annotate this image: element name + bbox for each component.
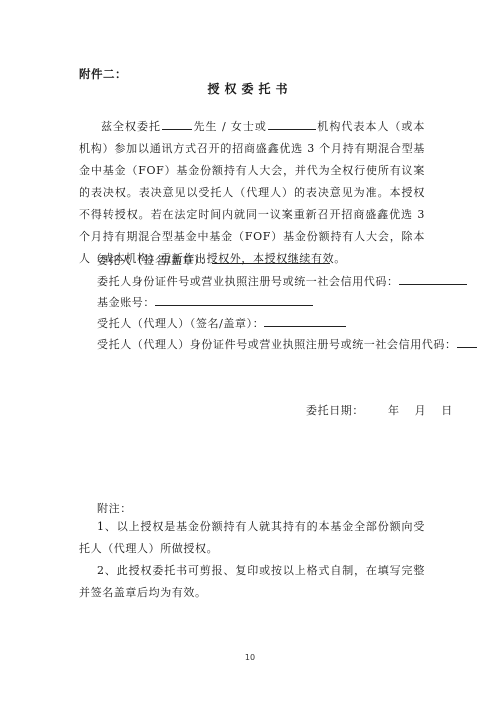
- institution-name-blank[interactable]: [268, 119, 316, 130]
- agent-id-blank[interactable]: [457, 336, 477, 348]
- field-label: 受托人（代理人）身份证件号或营业执照注册号或统一社会信用代码：: [97, 338, 457, 351]
- page-number: 10: [0, 653, 500, 662]
- field-principal-id: 委托人身份证件号或营业执照注册号或统一社会信用代码：: [97, 273, 467, 289]
- fund-account-blank[interactable]: [155, 294, 313, 306]
- body-suffix: 机构代表本人（或本机构）参加以通讯方式召开的招商盛鑫优选 3 个月持有期混合型基…: [79, 120, 425, 265]
- principal-signature-blank[interactable]: [212, 252, 330, 264]
- year-label: 年: [388, 404, 400, 417]
- body-prefix: 兹全权委托: [101, 120, 161, 133]
- notes-title: 附注：: [97, 500, 132, 516]
- body-mid: 先生 / 女士或: [193, 120, 267, 133]
- principal-name-blank[interactable]: [162, 119, 192, 130]
- date-label: 委托日期：: [306, 404, 364, 417]
- field-label: 委托人（签名/盖章）：: [97, 254, 212, 267]
- document-title: 授权委托书: [0, 80, 500, 97]
- field-agent-signature: 受托人（代理人）（签名/盖章）：: [97, 315, 346, 331]
- field-label: 基金账号：: [97, 296, 155, 309]
- agent-signature-blank[interactable]: [264, 315, 346, 327]
- authorization-date: 委托日期：年月日: [306, 402, 453, 418]
- field-principal-signature: 委托人（签名/盖章）：: [97, 252, 330, 268]
- authorization-body: 兹全权委托先生 / 女士或机构代表本人（或本机构）参加以通讯方式召开的招商盛鑫优…: [79, 116, 425, 270]
- principal-id-blank[interactable]: [399, 273, 467, 285]
- note-item: 2、此授权委托书可剪报、复印或按以上格式自制，在填写完整并签名盖章后均为有效。: [79, 560, 425, 604]
- note-item: 1、以上授权是基金份额持有人就其持有的本基金全部份额向受托人（代理人）所做授权。: [79, 516, 425, 560]
- month-label: 月: [415, 404, 427, 417]
- field-fund-account: 基金账号：: [97, 294, 313, 310]
- document-page: 附件二： 授权委托书 兹全权委托先生 / 女士或机构代表本人（或本机构）参加以通…: [0, 0, 500, 707]
- field-label: 受托人（代理人）（签名/盖章）：: [97, 317, 264, 330]
- field-agent-id: 受托人（代理人）身份证件号或营业执照注册号或统一社会信用代码：: [97, 336, 477, 352]
- day-label: 日: [441, 404, 453, 417]
- field-label: 委托人身份证件号或营业执照注册号或统一社会信用代码：: [97, 275, 399, 288]
